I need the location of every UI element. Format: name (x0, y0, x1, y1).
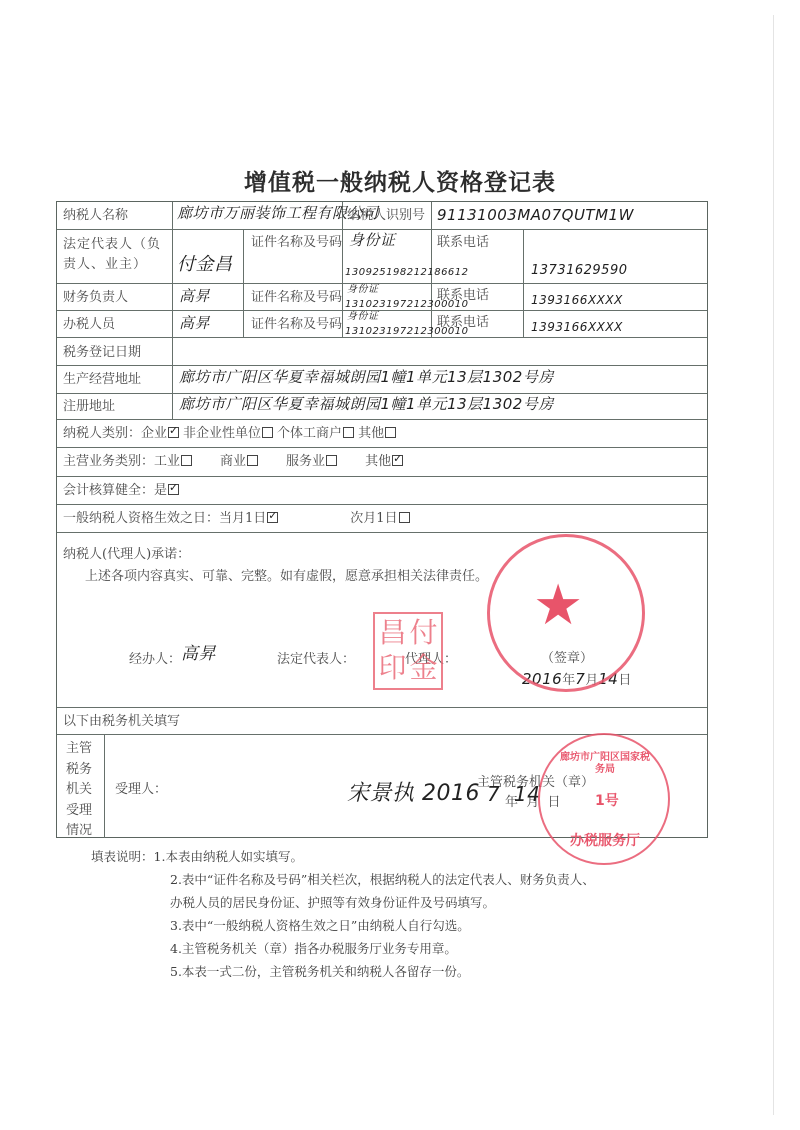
label-legal-rep-id: 证件名称及号码 (251, 234, 342, 251)
value-finance-head-phone: 1393166XXXX (531, 292, 623, 309)
option-label: 工业 (154, 454, 180, 469)
side-label-line: 机关 (66, 780, 98, 801)
label-legal-rep-phone: 联系电话 (437, 234, 489, 251)
option-label: 非企业性单位 (183, 426, 261, 441)
option-taxpayer_type-3: 其他 (358, 426, 398, 441)
note-item: 3.表中“一般纳税人资格生效之日”由纳税人自行勾选。 (91, 914, 595, 937)
option-effective_date-0: 当月1日 (219, 511, 280, 526)
value-reg-address: 廊坊市广阳区华夏幸福城朗园1幢1单元13层1302号房 (179, 396, 554, 413)
option-taxpayer_type-1: 非企业性单位 (183, 426, 275, 441)
checked-box-icon[interactable] (267, 512, 278, 523)
label-finance-head-phone: 联系电话 (437, 287, 489, 304)
tax-office-date-hw: 7 14 (487, 786, 540, 803)
option-business_type-2: 服务业 (286, 454, 339, 469)
value-finance-head-id-type: 身份证 (347, 284, 379, 295)
option-label: 其他 (358, 426, 384, 441)
side-label-line: 主管 (66, 739, 98, 760)
option-taxpayer_type-2: 个体工商户 (277, 426, 356, 441)
star-icon: ★ (533, 578, 583, 634)
note-item: 1.本表由纳税人如实填写。 (154, 849, 303, 864)
notes-heading: 填表说明： (91, 849, 154, 864)
checked-box-icon[interactable] (168, 484, 179, 495)
tax-office-side-label: 主管税务机关受理情况 (66, 739, 98, 842)
tax-bureau-seal-top: 廊坊市广阳区国家税务局 (560, 752, 650, 776)
label-tax-clerk-phone: 联系电话 (437, 314, 489, 331)
value-legal-rep-id-type: 身份证 (349, 232, 396, 249)
accounting-label: 会计核算健全： (63, 483, 154, 498)
checked-box-icon[interactable] (168, 427, 179, 438)
note-item: 办税人员的居民身份证、护照等有效身份证件及号码填写。 (91, 891, 595, 914)
taxpayer-type-row: 纳税人类别：企业非企业性单位个体工商户其他 (63, 425, 400, 442)
receiver-signature: 宋景执 2016 (347, 785, 480, 802)
option-business_type-1: 商业 (220, 454, 260, 469)
label-reg-date: 税务登记日期 (63, 344, 141, 361)
value-tax-clerk-id-type: 身份证 (347, 311, 379, 322)
value-legal-rep-id-number: 130925198212186612 (345, 264, 469, 281)
checked-box-icon[interactable] (392, 455, 403, 466)
personal-seal: 昌 付 印 金 (373, 612, 443, 690)
checkbox-icon[interactable] (181, 455, 192, 466)
label-finance-head: 财务负责人 (63, 289, 128, 306)
option-label: 商业 (220, 454, 246, 469)
note-item: 4.主管税务机关（章）指各办税服务厅业务专用章。 (91, 937, 595, 960)
page-title: 增值税一般纳税人资格登记表 (0, 164, 800, 197)
option-label: 次月1日 (350, 511, 397, 526)
option-business_type-3: 其他 (365, 454, 405, 469)
tax-office-heading: 以下由税务机关填写 (63, 713, 180, 730)
receiver-label: 受理人： (115, 781, 167, 798)
taxpayer-type-label: 纳税人类别： (63, 426, 141, 441)
handler-label: 经办人： (129, 651, 181, 668)
option-label: 企业 (141, 426, 167, 441)
label-finance-head-id: 证件名称及号码 (251, 289, 342, 306)
label-reg-address: 注册地址 (63, 398, 115, 415)
seal-char: 昌 (377, 616, 408, 651)
label-biz-address: 生产经营地址 (63, 371, 141, 388)
pledge-heading: 纳税人(代理人)承诺： (63, 546, 190, 563)
checkbox-icon[interactable] (247, 455, 258, 466)
value-tax-clerk-phone: 1393166XXXX (531, 319, 623, 336)
checkbox-icon[interactable] (399, 512, 410, 523)
checkbox-icon[interactable] (326, 455, 337, 466)
value-biz-address: 廊坊市广阳区华夏幸福城朗园1幢1单元13层1302号房 (179, 369, 554, 386)
note-item: 2.表中“证件名称及号码”相关栏次，根据纳税人的法定代表人、财务负责人、 (91, 868, 595, 891)
seal-char: 印 (377, 651, 408, 686)
option-label: 个体工商户 (277, 426, 342, 441)
day-char: 日 (618, 673, 631, 688)
business-type-row: 主营业务类别：工业商业服务业其他 (63, 453, 431, 470)
tax-bureau-seal-code: 1号 (595, 790, 619, 810)
value-legal-rep-phone: 13731629590 (531, 262, 627, 279)
option-accounting-0: 是 (154, 483, 181, 498)
label-tax-clerk-id: 证件名称及号码 (251, 316, 342, 333)
handler-signature: 高昇 (181, 646, 216, 663)
side-label-line: 税务 (66, 760, 98, 781)
label-legal-rep: 法定代表人（负责人、业主） (63, 235, 171, 275)
label-taxpayer-id: 纳税人识别号 (347, 207, 425, 224)
value-taxpayer-id: 91131003MA07QUTM1W (437, 207, 634, 224)
option-effective_date-1: 次月1日 (350, 511, 411, 526)
legal-rep-sign-label: 法定代表人： (277, 651, 355, 668)
seal-char: 金 (408, 651, 439, 686)
value-legal-rep-name: 付金昌 (177, 256, 233, 273)
note-item: 5.本表一式二份，主管税务机关和纳税人各留存一份。 (91, 960, 595, 983)
business-type-label: 主营业务类别： (63, 454, 154, 469)
effective-date-label: 一般纳税人资格生效之日： (63, 511, 219, 526)
seal-char: 付 (408, 616, 439, 651)
side-label-line: 情况 (66, 821, 98, 842)
label-tax-clerk: 办税人员 (63, 316, 115, 333)
side-label-line: 受理 (66, 801, 98, 822)
option-label: 当月1日 (219, 511, 266, 526)
fill-instructions: 填表说明：1.本表由纳税人如实填写。 2.表中“证件名称及号码”相关栏次，根据纳… (91, 845, 595, 983)
option-label: 其他 (365, 454, 391, 469)
checkbox-icon[interactable] (343, 427, 354, 438)
value-finance-head-name: 高昇 (179, 288, 210, 305)
option-business_type-0: 工业 (154, 454, 194, 469)
pledge-text: 上述各项内容真实、可靠、完整。如有虚假，愿意承担相关法律责任。 (85, 568, 488, 585)
checkbox-icon[interactable] (385, 427, 396, 438)
accounting-row: 会计核算健全：是 (63, 482, 181, 499)
value-tax-clerk-name: 高昇 (179, 315, 210, 332)
option-label: 是 (154, 483, 167, 498)
effective-date-row: 一般纳税人资格生效之日：当月1日次月1日 (63, 510, 482, 527)
checkbox-icon[interactable] (262, 427, 273, 438)
option-taxpayer_type-0: 企业 (141, 426, 181, 441)
option-label: 服务业 (286, 454, 325, 469)
label-taxpayer-name: 纳税人名称 (63, 207, 128, 224)
